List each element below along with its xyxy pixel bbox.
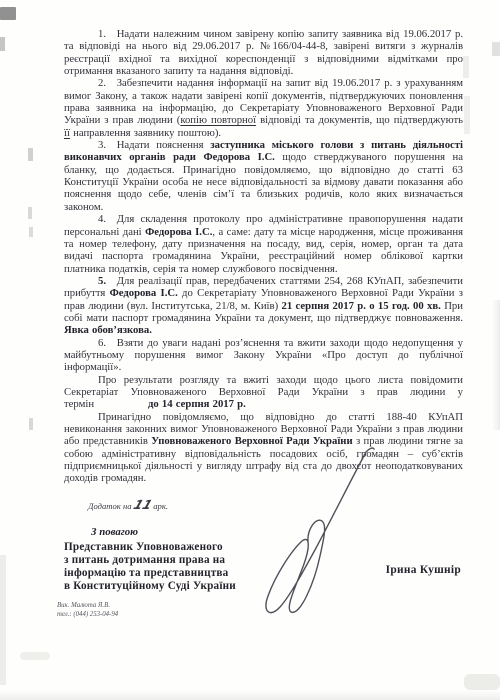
paragraph-3: 3. Надати пояснення заступника міського … [64,139,463,213]
paragraph-6: 6. Взяти до уваги надані роз’яснення та … [64,337,463,374]
scan-artifact [464,674,500,690]
signer-title-line: в Конституційному Суді України [64,580,463,593]
signer-title-line: Представник Уповноваженого [64,541,463,554]
scan-artifact [20,652,50,660]
letter-body: 1. Надати належним чином завірену копію … [0,0,500,619]
scan-artifact [0,690,500,700]
paragraph-8: Принагідно повідомляємо, що відповідно д… [64,411,463,485]
signature-block: З повагою Представник Уповноваженого з п… [64,526,463,593]
executor-name: Вик. Малюта Я.В. [57,602,463,610]
paragraph-2: 2. Забезпечити надання інформації на зап… [64,77,463,139]
executor-note: Вик. Малюта Я.В. тел.: (044) 253-04-94 [57,602,463,619]
paragraph-1: 1. Надати належним чином завірену копію … [64,28,463,77]
attachment-note: Додаток на 11 арк. [88,499,463,512]
salutation: З повагою [91,526,463,538]
paragraph-7: Про результати розгляду та вжиті заходи … [64,374,463,411]
signer-name: Ірина Кушнір [386,564,461,576]
executor-phone: тел.: (044) 253-04-94 [57,611,463,619]
document-page: 1. Надати належним чином завірену копію … [0,0,500,700]
paragraph-5: 5. Для реалізації прав, передбачених ста… [64,275,463,337]
paragraph-4: 4. Для складення протоколу про адміністр… [64,213,463,275]
